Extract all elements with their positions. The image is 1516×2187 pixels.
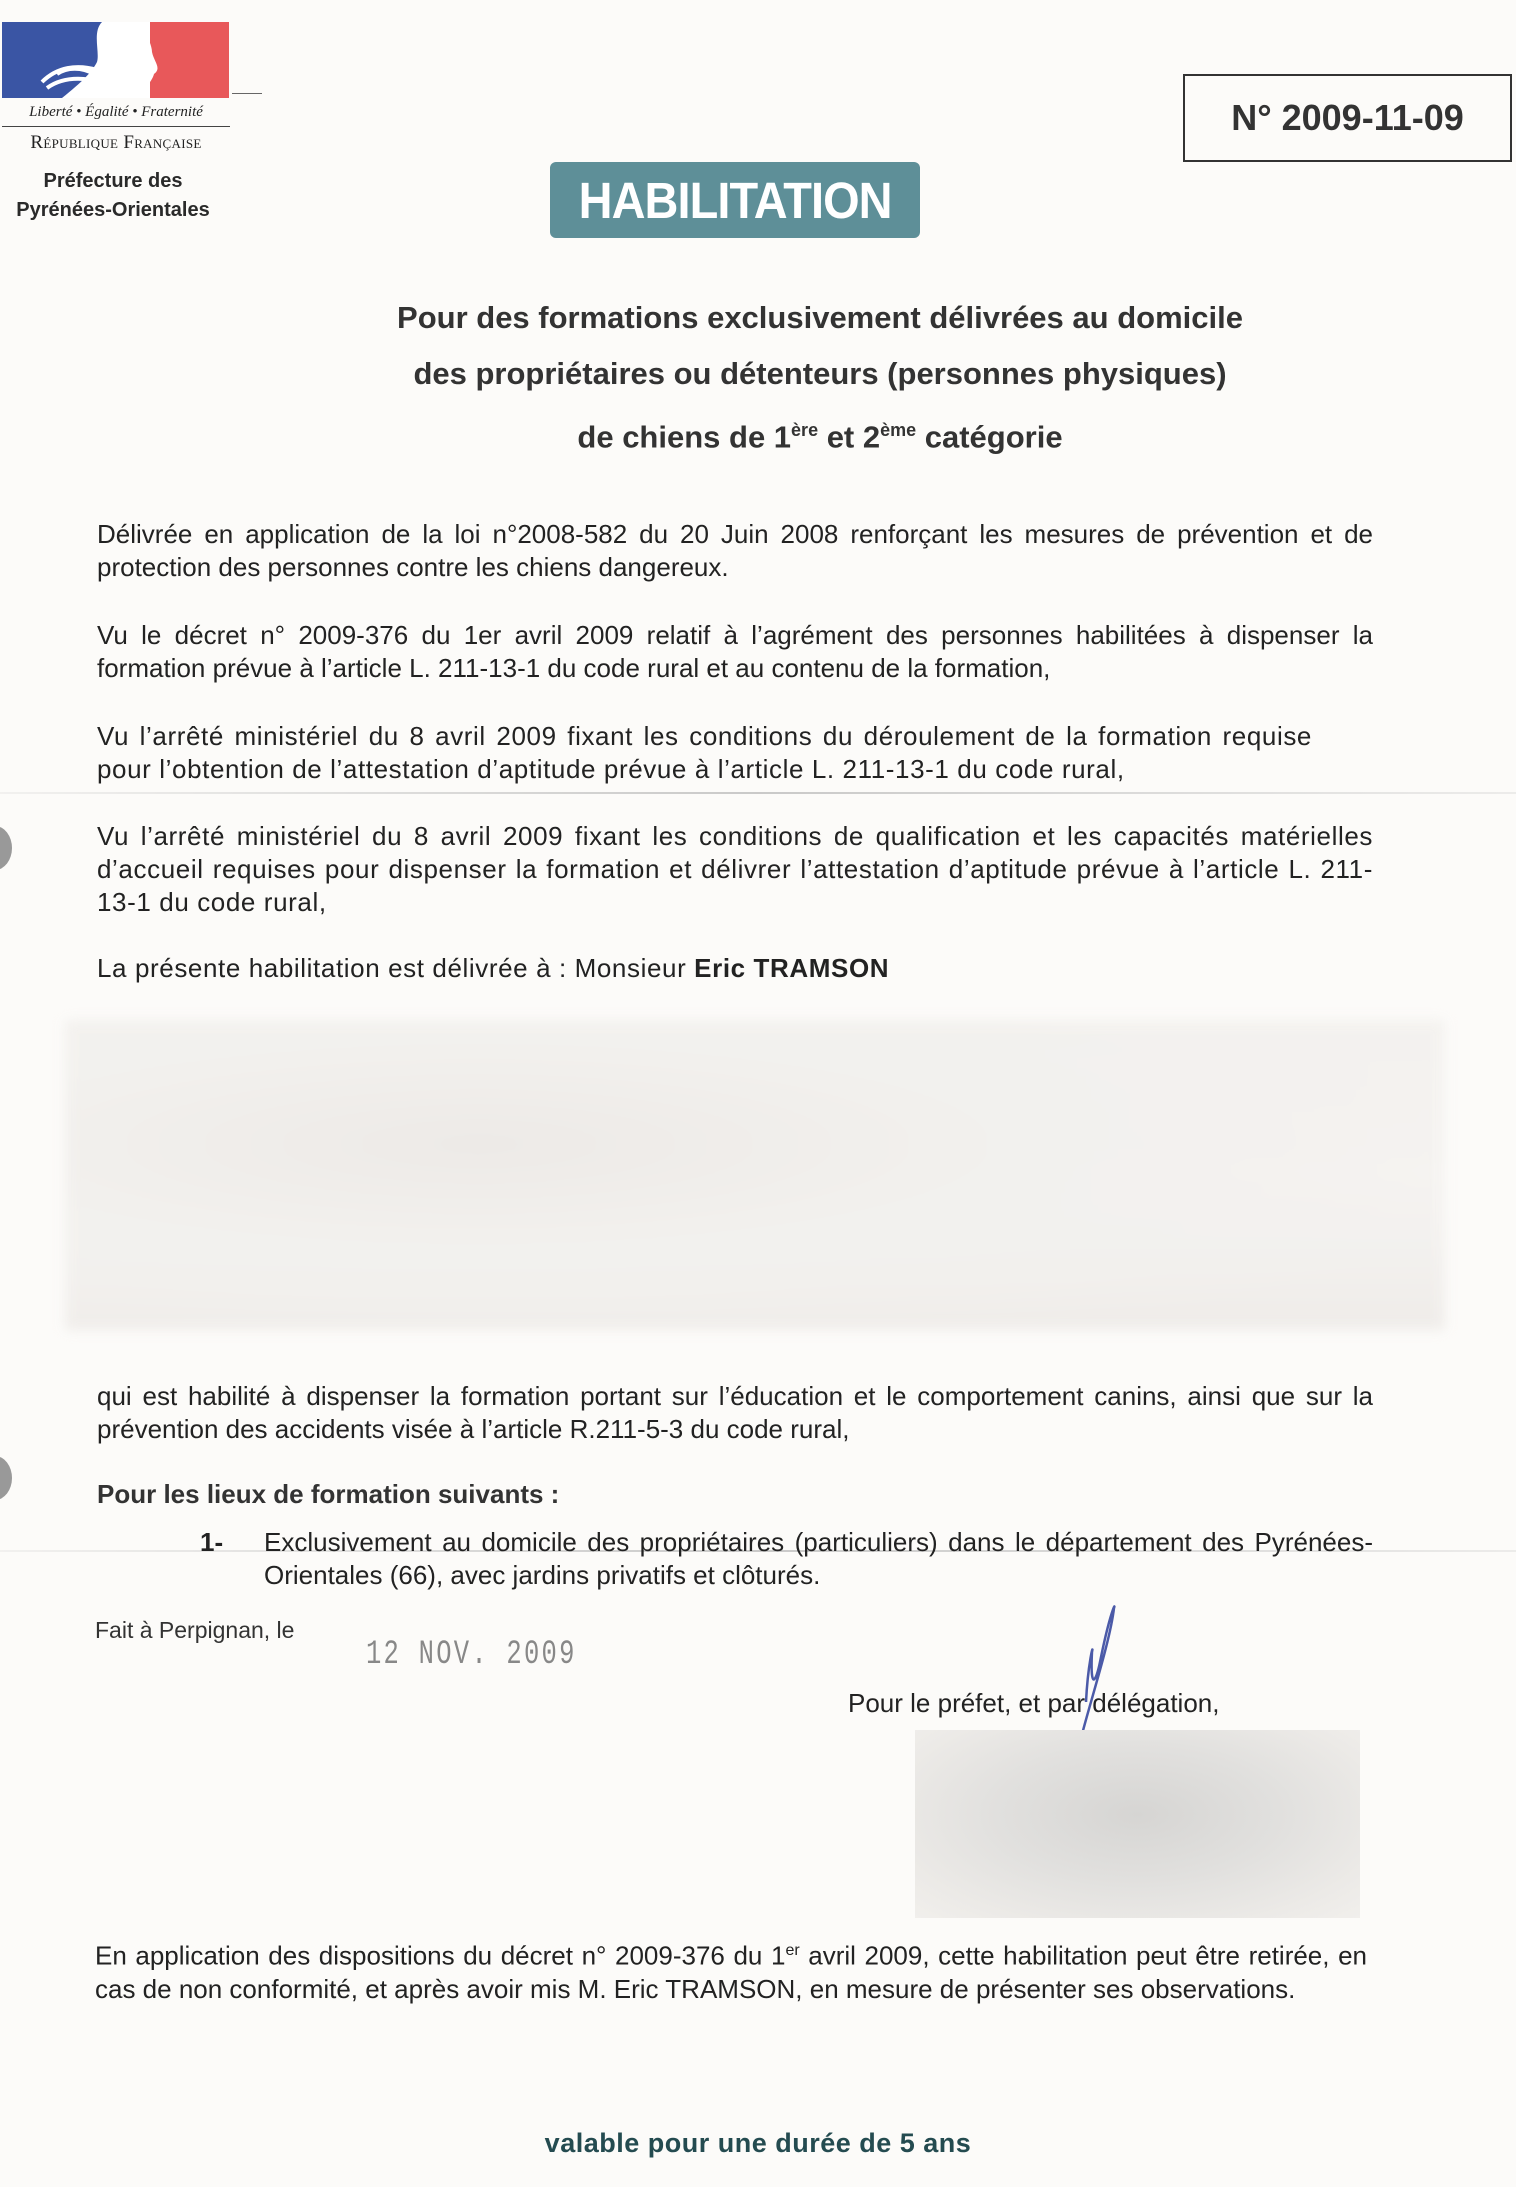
place-date-label: Fait à Perpignan, le [95, 1617, 294, 1644]
logo-motto: Liberté • Égalité • Fraternité [0, 104, 232, 121]
superscript: ère [791, 420, 818, 440]
punch-hole [0, 1456, 12, 1500]
paper-fold [0, 792, 1516, 794]
marianne-logo-icon [2, 22, 229, 98]
paragraph-scope: qui est habilité à dispenser la formatio… [97, 1380, 1373, 1446]
prefecture-line2: Pyrénées-Orientales [0, 196, 226, 225]
places-heading: Pour les lieux de formation suivants : [97, 1478, 1373, 1511]
subtitle-text: et 2 [818, 419, 880, 454]
paragraph-law: Délivrée en application de la loi n°2008… [97, 518, 1373, 584]
places-list: 1- Exclusivement au domicile des proprié… [200, 1526, 1373, 1592]
paragraph-withdrawal: En application des dispositions du décre… [95, 1934, 1367, 2006]
paragraph-arrete-1: Vu l’arrêté ministériel du 8 avril 2009 … [97, 720, 1312, 786]
list-item-number: 1- [200, 1526, 264, 1592]
subtitle: Pour des formations exclusivement délivr… [300, 290, 1340, 465]
withdrawal-text: En application des dispositions du décre… [95, 1941, 785, 1971]
date-stamp: 12 NOV. 2009 [366, 1636, 577, 1674]
list-item-text: Exclusivement au domicile des propriétai… [264, 1526, 1373, 1592]
redacted-area [65, 1020, 1445, 1330]
paragraph-arrete-2: Vu l’arrêté ministériel du 8 avril 2009 … [97, 820, 1373, 919]
recipient-name: Eric TRAMSON [694, 953, 889, 983]
document-number: N° 2009-11-09 [1231, 97, 1464, 139]
superscript: er [785, 1942, 799, 1959]
signature-icon [1070, 1602, 1130, 1742]
punch-hole [0, 826, 12, 870]
divider [2, 126, 230, 127]
delegation-text: Pour le préfet, et par délégation, [848, 1688, 1219, 1719]
divider [232, 93, 262, 94]
validity-notice: valable pour une durée de 5 ans [0, 2128, 1516, 2159]
redacted-signature [915, 1730, 1360, 1918]
recipient-label: La présente habilitation est délivrée à … [97, 953, 694, 983]
paragraph-recipient: La présente habilitation est délivrée à … [97, 952, 1373, 985]
subtitle-line3: de chiens de 1ère et 2ème catégorie [300, 402, 1340, 465]
list-item: 1- Exclusivement au domicile des proprié… [200, 1526, 1373, 1592]
paragraph-decree: Vu le décret n° 2009-376 du 1er avril 20… [97, 619, 1373, 685]
logo-republic: République Française [0, 132, 232, 154]
title-banner: HABILITATION [550, 162, 920, 238]
subtitle-line1: Pour des formations exclusivement délivr… [300, 290, 1340, 346]
prefecture-name: Préfecture des Pyrénées-Orientales [0, 167, 226, 225]
prefecture-line1: Préfecture des [0, 167, 226, 196]
subtitle-text: de chiens de 1 [577, 419, 791, 454]
banner-title: HABILITATION [578, 171, 891, 230]
subtitle-line2: des propriétaires ou détenteurs (personn… [300, 346, 1340, 402]
document-number-box: N° 2009-11-09 [1183, 74, 1512, 162]
subtitle-text: catégorie [916, 419, 1062, 454]
superscript: ème [880, 420, 916, 440]
